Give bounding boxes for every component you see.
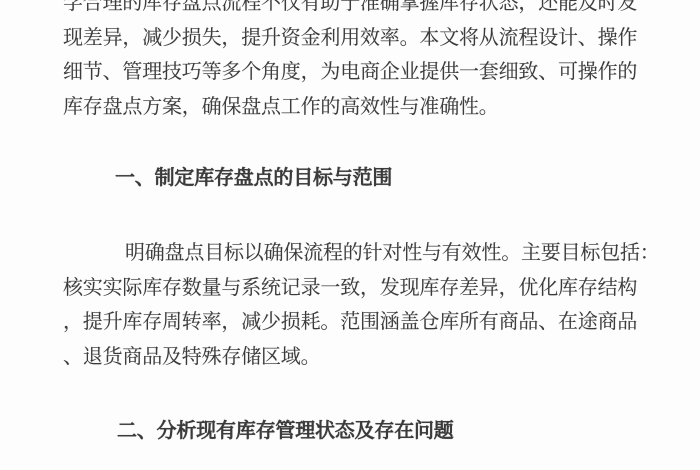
section-heading-2: 二、分析现有库存管理状态及存在问题 [117,414,700,449]
text-line: 学合理的库存盘点流程不仅有助于准确掌握库存状态，还能及时发 [63,0,663,21]
text-line: 核实实际库存数量与系统记录一致，发现库存差异，优化库存结构 [63,271,663,306]
text-line: 库存盘点方案，确保盘点工作的高效性与准确性。 [63,90,663,125]
section-heading-1: 一、制定库存盘点的目标与范围 [115,161,700,196]
text-line: 明确盘点目标以确保流程的针对性与有效性。主要目标包括： [63,236,663,271]
text-line: 现差异，减少损失，提升资金利用效率。本文将从流程设计、操作 [63,21,663,56]
document-page: 学合理的库存盘点流程不仅有助于准确掌握库存状态，还能及时发 现差异，减少损失，提… [0,0,700,470]
text-line: ，提升库存周转率，减少损耗。范围涵盖仓库所有商品、在途商品 [63,305,663,340]
text-line: 细节、管理技巧等多个角度，为电商企业提供一套细致、可操作的 [63,55,663,90]
text-line: 、退货商品及特殊存储区域。 [63,340,663,375]
section-heading-2-text: 二、分析现有库存管理状态及存在问题 [117,414,700,449]
section-heading-1-text: 一、制定库存盘点的目标与范围 [115,161,700,196]
paragraph-intro: 学合理的库存盘点流程不仅有助于准确掌握库存状态，还能及时发 现差异，减少损失，提… [63,0,663,124]
paragraph-goals-scope: 明确盘点目标以确保流程的针对性与有效性。主要目标包括： 核实实际库存数量与系统记… [63,236,663,374]
